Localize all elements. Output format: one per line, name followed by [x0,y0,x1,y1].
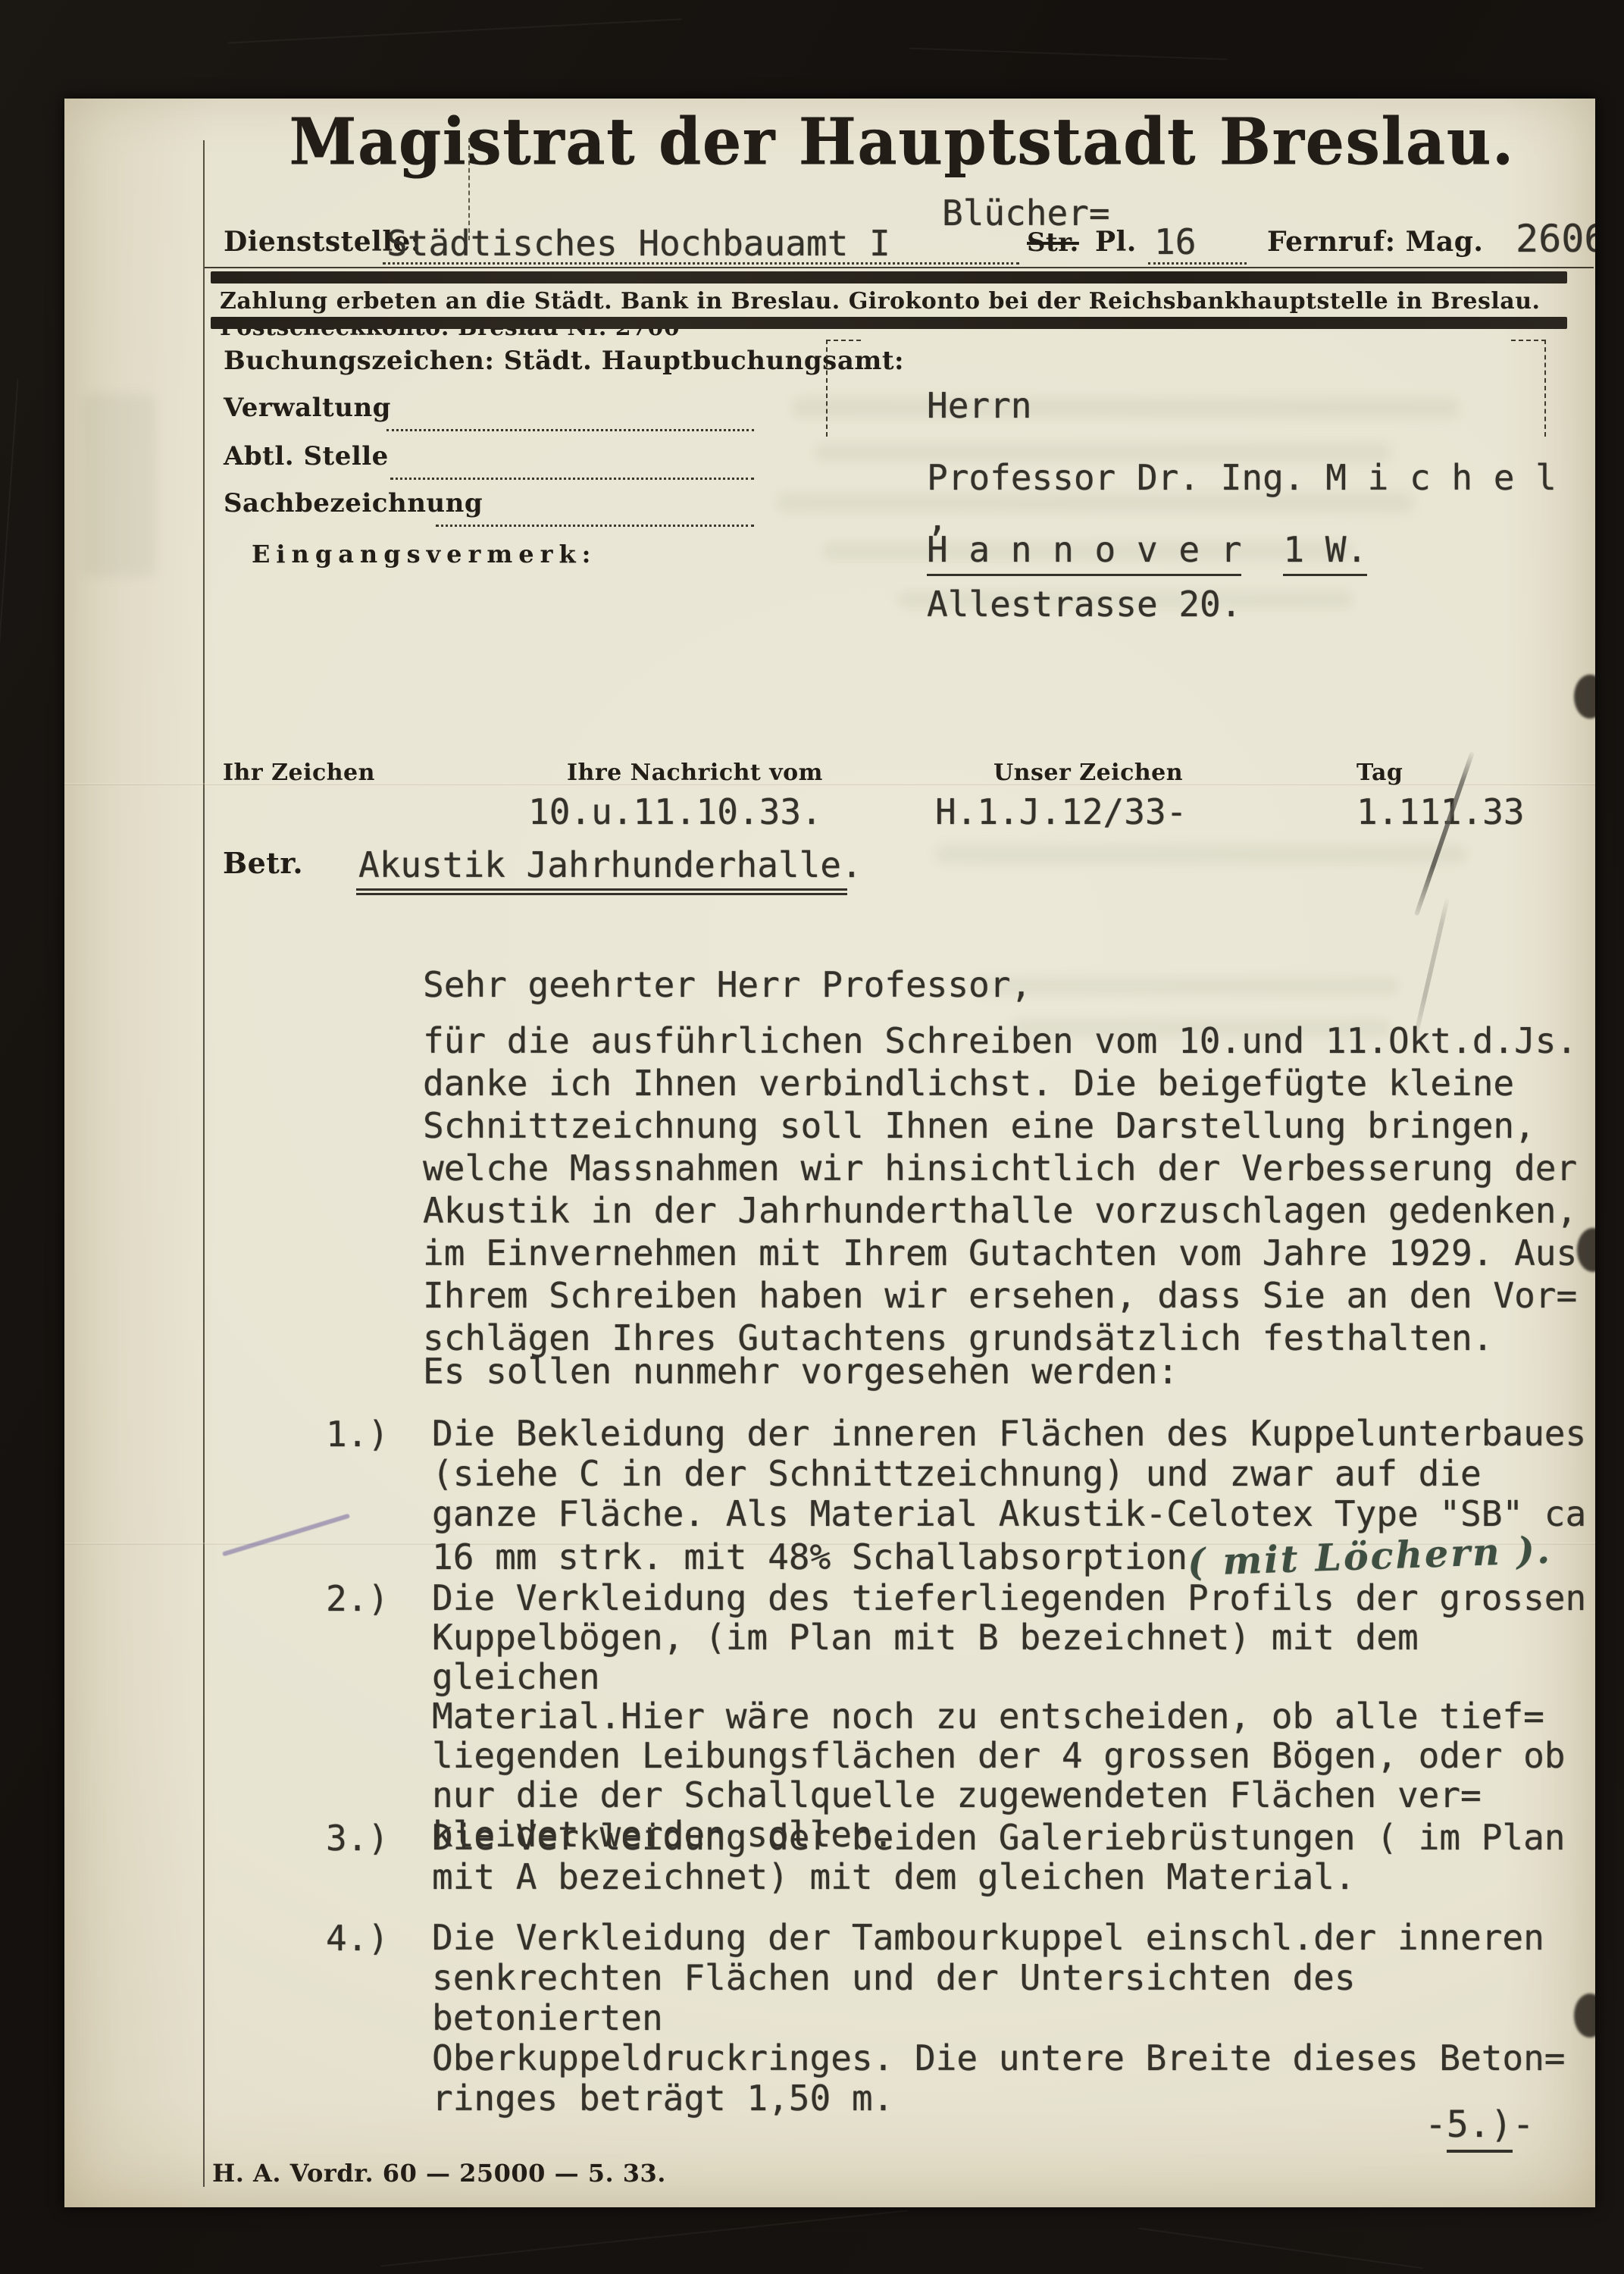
item-number: 2.) [326,1578,389,1619]
subject-value: Akustik Jahrhunderhalle. [358,844,862,885]
ref-value-unser-zeichen: H.1.J.12/33- [935,791,1187,832]
scratch-mark [909,48,1228,61]
letter-list-intro: Es sollen nunmehr vorgesehen werden: [423,1351,1178,1392]
punch-hole [1574,675,1595,719]
scratch-mark [380,2210,908,2266]
dotted-fill-line [436,525,754,527]
sachbezeichnung-label: Sachbezeichnung [224,488,483,518]
recipient-salutation: Herrn [927,385,1031,426]
recipient-city-line: H a n n o v e r1 W. [927,529,1367,570]
black-band-top [211,271,1567,283]
address-window-corner-right [1544,340,1546,437]
item-text: Die Verkleidung der Tambourkuppel einsch… [432,1918,1595,2119]
ink-bleedthrough [936,845,1466,863]
scratch-mark [0,379,19,651]
abtl-stelle-label: Abtl. Stelle [224,441,389,471]
ink-bleedthrough [792,398,1459,418]
form-imprint: H. A. Vordr. 60 — 25000 — 5. 33. [212,2159,666,2188]
eingangsvermerk-label: Eingangsvermerk: [252,540,596,568]
dienststelle-value: Städtisches Hochbauamt I [386,223,890,264]
item-text: Die Bekleidung der inneren Flächen des K… [432,1414,1586,1534]
ref-header-ihr-zeichen: Ihr Zeichen [223,760,375,786]
letterhead-title: Magistrat der Hauptstadt Breslau. [246,104,1557,180]
platz-label: Pl. [1095,226,1137,258]
subject-double-underline [356,888,847,895]
item-number: 1.) [326,1414,389,1455]
marker-number: 5.) [1447,2103,1513,2153]
ink-bleedthrough [974,978,1398,994]
letter-paper: Magistrat der Hauptstadt Breslau. Blüche… [64,99,1595,2207]
item-typed-fragment: 16 mm strk. mit 48% Schallabsorption [432,1536,1187,1577]
scratch-mark [227,18,681,43]
address-window-corner-left-top [826,340,861,341]
item-text: Die Verkleidung der beiden Galeriebrüstu… [432,1818,1566,1897]
ref-value-tag: 1.111.33 [1356,791,1525,832]
recipient-city: H a n n o v e r [927,529,1241,576]
ref-header-tag: Tag [1356,760,1403,786]
ref-header-nachricht: Ihre Nachricht vom [567,760,823,786]
ref-value-nachricht: 10.u.11.10.33. [528,791,822,832]
item-number: 4.) [326,1918,389,1959]
zahlung-line: Zahlung erbeten an die Städt. Bank in Br… [220,288,1576,341]
ref-header-unser-zeichen: Unser Zeichen [993,760,1183,786]
recipient-name: Professor Dr. Ing. M i c h e l , [927,457,1595,539]
recipient-street: Allestrasse 20. [927,584,1241,625]
letter-salutation: Sehr geehrter Herr Professor, [423,964,1031,1005]
pencil-slash-mark [1414,751,1475,916]
street-word-struck: Str. [1027,227,1079,258]
page-continuation-marker: -5.)- [1425,2103,1535,2146]
left-fold-line [203,140,205,2187]
scanner-background: Magistrat der Hauptstadt Breslau. Blüche… [0,0,1624,2274]
pencil-slash-mark-tail [1413,897,1450,1038]
address-window-corner-left [826,340,828,437]
item-text-last-line: 16 mm strk. mit 48% Schallabsorption( mi… [432,1534,1552,1578]
marker-dash: - [1513,2103,1535,2146]
subject-label: Betr. [223,846,303,880]
handwritten-annotation: ( mit Löchern ). [1187,1528,1553,1585]
item-number: 3.) [326,1818,389,1859]
fernruf-number: 2606 [1516,217,1595,261]
letterhead-rule [205,267,1594,268]
dotted-fill-line [383,262,1019,265]
fernruf-label: Fernruf: Mag. [1267,226,1483,258]
scratch-mark [1138,2228,1424,2269]
buchungszeichen-label: Buchungszeichen: Städt. Hauptbuchungsamt… [224,346,904,376]
item-text: Die Verkleidung des tieferliegenden Prof… [432,1578,1595,1854]
black-band-bottom [211,317,1567,329]
dotted-fill-line [1148,262,1247,265]
dotted-fill-line [386,429,754,431]
bluecher-typed-insert: Blücher= [942,193,1110,233]
address-window-corner-right-top [1511,340,1546,341]
dotted-fill-line [390,478,754,480]
verwaltung-label: Verwaltung [224,393,391,423]
marker-dash: - [1425,2103,1447,2146]
crayon-margin-mark [222,1514,350,1557]
recipient-district: 1 W. [1283,529,1367,576]
platz-number: 16 [1154,221,1196,262]
punch-hole [1577,1228,1595,1272]
ink-bleedthrough [83,394,155,576]
letter-paragraph-1: für die ausführlichen Schreiben vom 10.u… [423,1020,1577,1359]
